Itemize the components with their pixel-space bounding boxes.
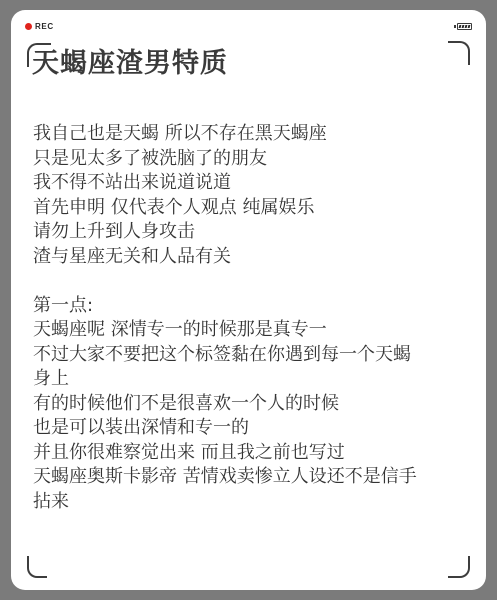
text-line: 也是可以装出深情和专一的 [33,416,473,441]
corner-bracket-top-right-icon [448,41,470,65]
article-body: 我自己也是天蝎 所以不存在黑天蝎座 只是见太多了被洗脑了的朋友 我不得不站出来说… [33,122,473,514]
text-line: 我自己也是天蝎 所以不存在黑天蝎座 [33,122,473,147]
battery-icon [454,23,472,30]
corner-bracket-bottom-left-icon [27,556,47,578]
viewfinder-card: REC 天蝎座渣男特质 我自己也是天蝎 所以不存在黑天蝎座 只是见太多了被洗脑了… [11,10,486,590]
page-title: 天蝎座渣男特质 [32,47,228,81]
paragraph-point-one: 第一点: 天蝎座呢 深情专一的时候那是真专一 不过大家不要把这个标签黏在你遇到每… [33,294,473,515]
record-dot-icon [25,23,32,30]
text-line: 并且你很难察觉出来 而且我之前也写过 [33,441,473,466]
paragraph-intro: 我自己也是天蝎 所以不存在黑天蝎座 只是见太多了被洗脑了的朋友 我不得不站出来说… [33,122,473,269]
paragraph-spacer [33,269,473,294]
text-line: 天蝎座奥斯卡影帝 苦情戏卖惨立人设还不是信手 [33,465,473,490]
rec-indicator: REC [25,22,54,31]
text-line: 天蝎座呢 深情专一的时候那是真专一 [33,318,473,343]
section-heading: 第一点: [33,294,473,319]
text-line: 拈来 [33,490,473,515]
text-line: 渣与星座无关和人品有关 [33,245,473,270]
battery-tip [454,25,456,28]
text-line: 身上 [33,367,473,392]
text-line: 首先申明 仅代表个人观点 纯属娱乐 [33,196,473,221]
battery-body [457,23,472,30]
text-line: 有的时候他们不是很喜欢一个人的时候 [33,392,473,417]
text-line: 只是见太多了被洗脑了的朋友 [33,147,473,172]
text-line: 我不得不站出来说道说道 [33,171,473,196]
battery-bar [468,25,471,28]
rec-label: REC [35,22,54,31]
text-line: 请勿上升到人身攻击 [33,220,473,245]
corner-bracket-bottom-right-icon [448,556,470,578]
text-line: 不过大家不要把这个标签黏在你遇到每一个天蝎 [33,343,473,368]
